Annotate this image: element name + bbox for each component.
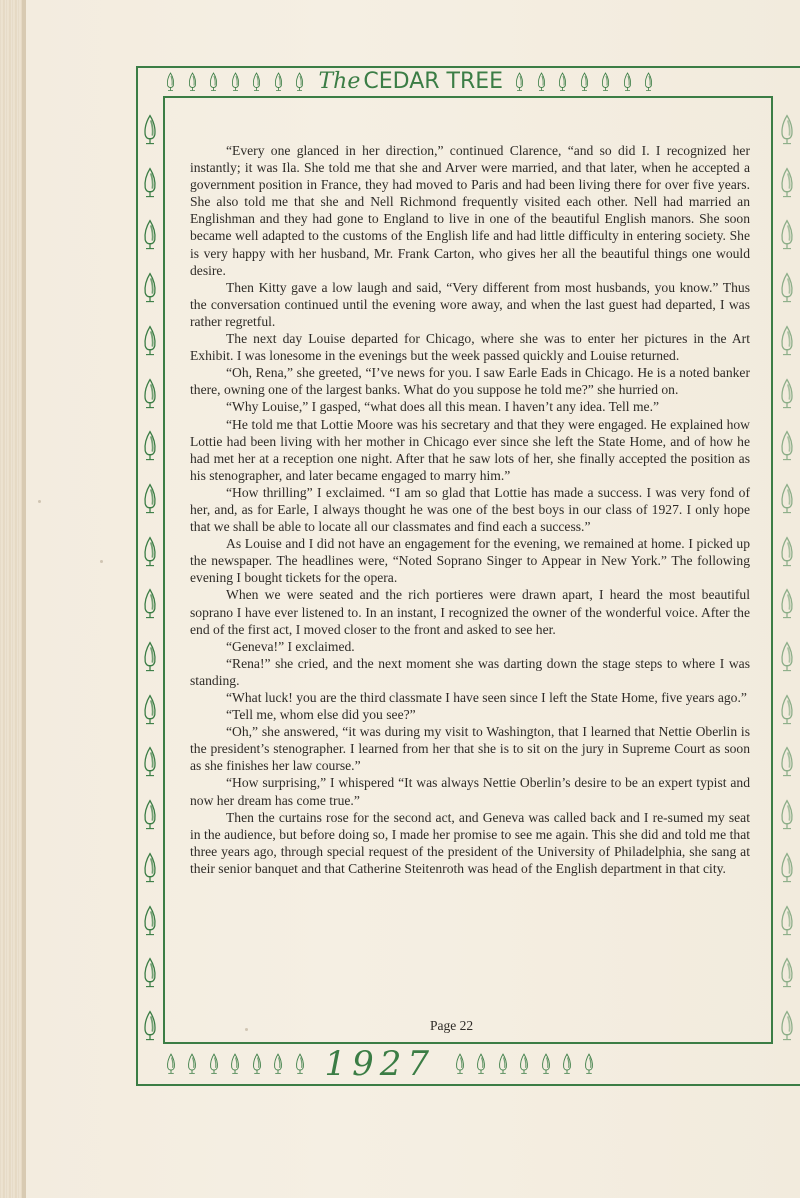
- book-page-edges: [0, 0, 24, 1198]
- cedar-tree-icon: [779, 110, 795, 154]
- paragraph: Then Kitty gave a low laugh and said, “V…: [190, 279, 750, 330]
- paragraph: “Rena!” she cried, and the next moment s…: [190, 655, 750, 689]
- cedar-tree-icon: [471, 1053, 493, 1075]
- cedar-tree-icon: [142, 795, 158, 839]
- cedar-tree-icon: [779, 848, 795, 892]
- cedar-tree-icon: [142, 163, 158, 207]
- paragraph: “Every one glanced in her direction,” co…: [190, 142, 750, 279]
- cedar-tree-icon: [225, 72, 247, 92]
- cedar-tree-icon: [142, 110, 158, 154]
- paragraph: The next day Louise departed for Chicago…: [190, 330, 750, 364]
- cedar-tree-icon: [142, 953, 158, 997]
- cedar-tree-icon: [779, 1006, 795, 1050]
- cedar-tree-icon: [779, 901, 795, 945]
- paper-speck: [100, 560, 103, 563]
- page-number: Page 22: [430, 1018, 530, 1034]
- yearbook-year: 1927: [325, 1047, 436, 1081]
- paragraph: “He told me that Lottie Moore was his se…: [190, 416, 750, 484]
- paragraph: “Oh, Rena,” she greeted, “I’ve news for …: [190, 364, 750, 398]
- cedar-tree-icon: [225, 1053, 247, 1075]
- paragraph: “Geneva!” I exclaimed.: [190, 638, 750, 655]
- cedar-tree-icon: [779, 479, 795, 523]
- cedar-tree-icon: [268, 72, 290, 92]
- cedar-tree-icon: [203, 72, 225, 92]
- cedar-tree-icon: [552, 72, 574, 92]
- cedar-tree-icon: [492, 1053, 514, 1075]
- paragraph: “Why Louise,” I gasped, “what does all t…: [190, 398, 750, 415]
- cedar-tree-icon: [289, 1053, 311, 1075]
- cedar-tree-icon: [779, 953, 795, 997]
- paragraph: “Oh,” she answered, “it was during my vi…: [190, 723, 750, 774]
- cedar-tree-icon: [142, 374, 158, 418]
- cedar-tree-icon: [535, 1053, 557, 1075]
- paragraph: “How thrilling” I exclaimed. “I am so gl…: [190, 484, 750, 535]
- cedar-tree-icon: [578, 1053, 600, 1075]
- cedar-tree-icon: [142, 479, 158, 523]
- cedar-tree-icon: [160, 72, 182, 92]
- cedar-tree-icon: [514, 1053, 536, 1075]
- cedar-tree-icon: [142, 584, 158, 628]
- paragraph: As Louise and I did not have an engageme…: [190, 535, 750, 586]
- cedar-tree-icon: [779, 795, 795, 839]
- header-right-tree-row: [509, 72, 660, 92]
- cedar-tree-icon: [779, 584, 795, 628]
- cedar-tree-icon: [182, 72, 204, 92]
- cedar-tree-icon: [779, 532, 795, 576]
- left-tree-column: [138, 110, 162, 1050]
- cedar-tree-icon: [779, 690, 795, 734]
- cedar-tree-icon: [142, 901, 158, 945]
- story-text: “Every one glanced in her direction,” co…: [190, 142, 750, 877]
- cedar-tree-icon: [617, 72, 639, 92]
- cedar-tree-icon: [246, 1053, 268, 1075]
- cedar-tree-icon: [779, 321, 795, 365]
- cedar-tree-icon: [595, 72, 617, 92]
- paper-speck: [38, 500, 41, 503]
- cedar-tree-icon: [289, 72, 311, 92]
- header-band: TheCEDAR TREE: [160, 68, 800, 96]
- title-main: CEDAR TREE: [363, 69, 503, 94]
- title-prefix: The: [319, 69, 361, 94]
- cedar-tree-icon: [557, 1053, 579, 1075]
- cedar-tree-icon: [142, 1006, 158, 1050]
- cedar-tree-icon: [142, 742, 158, 786]
- cedar-tree-icon: [246, 72, 268, 92]
- right-tree-column: [775, 110, 799, 1050]
- cedar-tree-icon: [779, 215, 795, 259]
- cedar-tree-icon: [142, 268, 158, 312]
- cedar-tree-icon: [268, 1053, 290, 1075]
- cedar-tree-icon: [779, 742, 795, 786]
- cedar-tree-icon: [142, 532, 158, 576]
- cedar-tree-icon: [203, 1053, 225, 1075]
- paragraph: “How surprising,” I whispered “It was al…: [190, 774, 750, 808]
- cedar-tree-icon: [779, 426, 795, 470]
- cedar-tree-icon: [449, 1053, 471, 1075]
- cedar-tree-icon: [779, 163, 795, 207]
- cedar-tree-icon: [531, 72, 553, 92]
- cedar-tree-icon: [142, 426, 158, 470]
- footer-left-tree-row: [160, 1053, 311, 1075]
- paragraph: When we were seated and the rich portier…: [190, 586, 750, 637]
- header-left-tree-row: [160, 72, 311, 92]
- footer-right-tree-row: [449, 1053, 600, 1075]
- cedar-tree-icon: [509, 72, 531, 92]
- paper-speck: [245, 1028, 248, 1031]
- paragraph: “What luck! you are the third classmate …: [190, 689, 750, 706]
- cedar-tree-icon: [779, 637, 795, 681]
- paragraph: “Tell me, whom else did you see?”: [190, 706, 750, 723]
- cedar-tree-icon: [142, 637, 158, 681]
- cedar-tree-icon: [142, 848, 158, 892]
- paragraph: Then the curtains rose for the second ac…: [190, 809, 750, 877]
- cedar-tree-icon: [142, 321, 158, 365]
- cedar-tree-icon: [638, 72, 660, 92]
- cedar-tree-icon: [142, 690, 158, 734]
- cedar-tree-icon: [182, 1053, 204, 1075]
- cedar-tree-icon: [779, 374, 795, 418]
- cedar-tree-icon: [160, 1053, 182, 1075]
- cedar-tree-icon: [779, 268, 795, 312]
- cedar-tree-icon: [574, 72, 596, 92]
- footer-band: 1927: [160, 1045, 800, 1083]
- cedar-tree-icon: [142, 215, 158, 259]
- publication-title: TheCEDAR TREE: [319, 71, 504, 93]
